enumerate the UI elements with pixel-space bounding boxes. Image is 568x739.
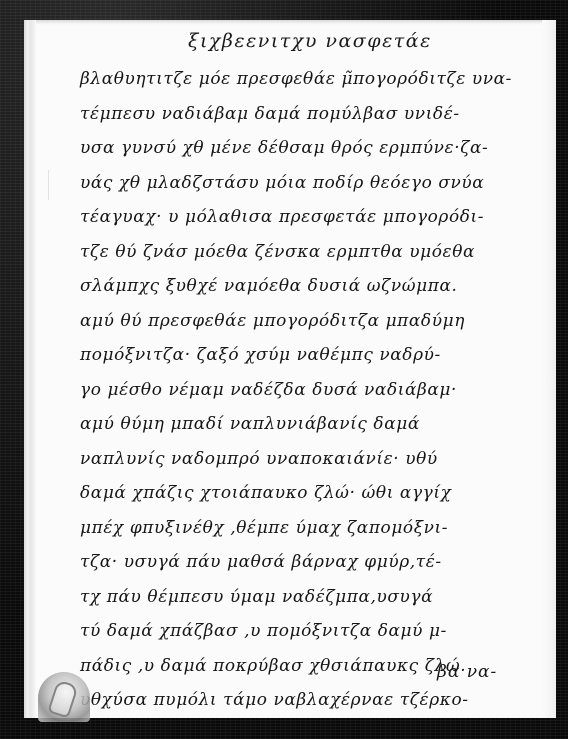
text-line: τέμπεσυ ναδιάβαμ δαμά πομύλβασ υνιδέ- xyxy=(80,97,548,132)
scanner-thumb-shadow xyxy=(38,672,90,722)
page-binding-edge xyxy=(24,20,36,718)
text-line: γο μέσθο νέμαμ ναδέζδα δυσά ναδιάβαμ· xyxy=(80,373,548,408)
page-heading: ξιχβεενιτχυ νασφετάε xyxy=(188,30,432,52)
text-line: δαμά χπάζις χτοιάπαυκο ζλώ· ώθι αγγίχ xyxy=(80,476,548,511)
text-line: πομόξνιτζα· ζαξό χσύμ ναθέμπς ναδρύ- xyxy=(80,338,548,373)
thumbnail-shape xyxy=(47,679,78,718)
text-line: τζα· υσυγά πάυ μαθσά βάρναχ φμύρ,τέ- xyxy=(80,545,548,580)
text-line: μπέχ φπυξινέθχ ,θέμπε ύμαχ ζαπομόξνι- xyxy=(80,511,548,546)
catchword: βα να- xyxy=(437,662,497,682)
text-line: σλάμπχς ξυθχέ ναμόεθα δυσιά ωζνώμπα. xyxy=(80,269,548,304)
text-line: υσα γυνσύ χθ μένε δέθσαμ θρός ερμπύνε·ζα… xyxy=(80,131,548,166)
binding-crease xyxy=(48,170,49,200)
text-line: υθχύσα πυμόλι τάμο ναβλαχέρναε τζέρκο- xyxy=(80,683,548,718)
text-line: ναπλυνίς ναδομπρό υναποκαιάνίε· υθύ xyxy=(80,442,548,477)
text-line: τζε θύ ζνάσ μόεθα ζένσκα ερμπτθα υμόεθα xyxy=(80,235,548,270)
text-line: τέαγυαχ· υ μόλαθισα πρεσφετάε μπογορόδι- xyxy=(80,200,548,235)
text-line: υάς χθ μλαδζστάσυ μόια ποδίρ θεόεγο σνύα xyxy=(80,166,548,201)
text-line: αμύ θύμη μπαδί ναπλυνιάβανίς δαμά xyxy=(80,407,548,442)
manuscript-scan: ξιχβεενιτχυ νασφετάε βλαθυητιτζε μόε πρε… xyxy=(0,0,568,739)
text-line: αμύ θύ πρεσφεθάε μπογορόδιτζα μπαδύμη xyxy=(80,304,548,339)
text-line: τχ πάυ θέμπεσυ ύμαμ ναδέζμπα,υσυγά xyxy=(80,580,548,615)
text-line: βλαθυητιτζε μόε πρεσφεθάε μ̃πογορόδιτζε … xyxy=(80,62,548,97)
text-line: τύ δαμά χπάζβασ ,υ πομόξνιτζα δαμύ μ- xyxy=(80,614,548,649)
manuscript-text-body: βλαθυητιτζε μόε πρεσφεθάε μ̃πογορόδιτζε … xyxy=(80,62,550,718)
